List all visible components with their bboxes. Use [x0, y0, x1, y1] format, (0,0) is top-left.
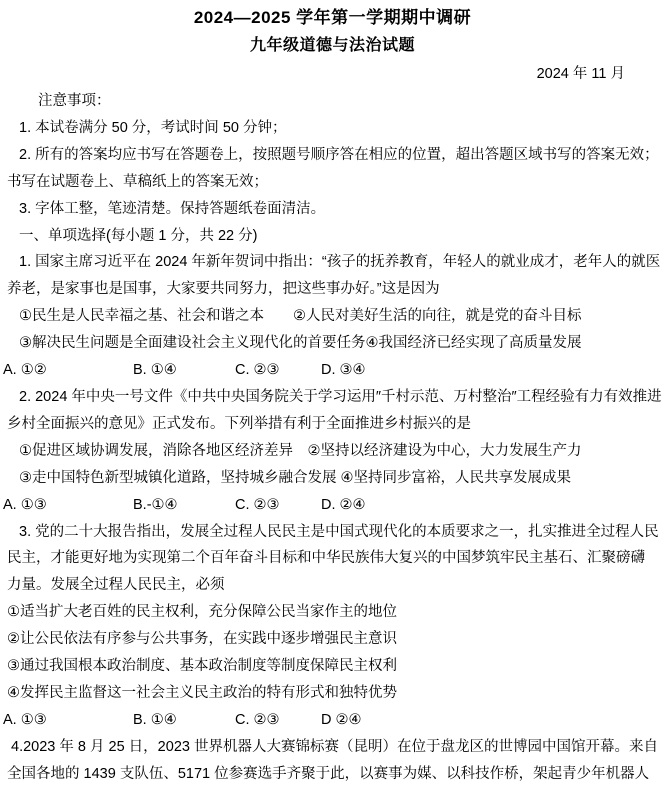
question-4-line: 全国各地的 1439 支队伍、5171 位参赛选手齐聚于此，以赛事为媒、以科技作…	[0, 761, 665, 786]
question-2-line: 乡村全面振兴的意见》正式发布。下列举措有利于全面推进乡村振兴的是	[0, 411, 665, 438]
answer-option: D. ②④	[321, 492, 366, 519]
question-1-line: 1. 国家主席习近平在 2024 年新年贺词中指出：“孩子的抚养教育，年轻人的就…	[0, 249, 665, 276]
answer-option: B. ①④	[133, 357, 235, 384]
question-3-choice: ②让公民依法有序参与公共事务，在实践中逐步增强民主意识	[0, 626, 665, 653]
answer-option: B.-①④	[133, 492, 235, 519]
question-2-line: 2. 2024 年中央一号文件《中共中央国务院关于学习运用″千村示范、万村整治″…	[0, 384, 665, 411]
question-1-options: A. ①②B. ①④C. ②③D. ③④	[0, 357, 665, 384]
answer-option: C. ②③	[235, 492, 321, 519]
answer-option: A. ①③	[3, 492, 133, 519]
answer-option: B. ①④	[133, 707, 235, 734]
notice-item-1: 1. 本试卷满分 50 分，考试时间 50 分钟；	[0, 115, 665, 142]
answer-option: C. ②③	[235, 707, 321, 734]
page-title: 2024—2025 学年第一学期期中调研	[0, 4, 665, 32]
answer-option: A. ①②	[3, 357, 133, 384]
exam-body: 注意事项：1. 本试卷满分 50 分，考试时间 50 分钟；2. 所有的答案均应…	[0, 88, 665, 786]
question-2-choice: ①促进区域协调发展，消除各地区经济差异 ②坚持以经济建设为中心，大力发展生产力	[0, 438, 665, 465]
answer-option: D ②④	[321, 707, 362, 734]
section-heading: 一、单项选择(每小题 1 分，共 22 分)	[0, 223, 665, 250]
question-3-line: 力量。发展全过程人民民主，必须	[0, 572, 665, 599]
notice-item-2-cont: 书写在试题卷上、草稿纸上的答案无效；	[0, 169, 665, 196]
question-3-choice: ③通过我国根本政治制度、基本政治制度等制度保障民主权利	[0, 653, 665, 680]
question-1-choice: ①民生是人民幸福之基、社会和谐之本 ②人民对美好生活的向往，就是党的奋斗目标	[0, 303, 665, 330]
question-1-line: 养老，是家事也是国事，大家要共同努力，把这些事办好。”这是因为	[0, 276, 665, 303]
question-3-line: 3. 党的二十大报告指出，发展全过程人民民主是中国式现代化的本质要求之一，扎实推…	[0, 519, 665, 546]
notice-item-2: 2. 所有的答案均应书写在答题卷上，按照题号顺序答在相应的位置，超出答题区域书写…	[0, 142, 665, 169]
notice-heading: 注意事项：	[0, 88, 665, 115]
question-2-choice: ③走中国特色新型城镇化道路，坚持城乡融合发展 ④坚持同步富裕，人民共享发展成果	[0, 465, 665, 492]
question-3-choice: ①适当扩大老百姓的民主权利，充分保障公民当家作主的地位	[0, 599, 665, 626]
page-subtitle: 九年级道德与法治试题	[0, 32, 665, 60]
question-3-line: 民主，才能更好地为实现第二个百年奋斗目标和中华民族伟大复兴的中国梦筑牢民主基石、…	[0, 545, 665, 572]
answer-option: D. ③④	[321, 357, 366, 384]
exam-date: 2024 年 11 月	[0, 60, 665, 88]
question-3-options: A. ①③B. ①④C. ②③D ②④	[0, 707, 665, 734]
question-1-choice: ③解决民生问题是全面建设社会主义现代化的首要任务④我国经济已经实现了高质量发展	[0, 330, 665, 357]
notice-item-3: 3. 字体工整，笔迹清楚。保持答题纸卷面清洁。	[0, 196, 665, 223]
exam-paper: 2024—2025 学年第一学期期中调研 九年级道德与法治试题 2024 年 1…	[0, 0, 665, 786]
answer-option: C. ②③	[235, 357, 321, 384]
question-4-line: 4.2023 年 8 月 25 日，2023 世界机器人大赛锦标赛（昆明）在位于…	[0, 734, 665, 761]
question-2-options: A. ①③B.-①④C. ②③D. ②④	[0, 492, 665, 519]
question-3-choice: ④发挥民主监督这一社会主义民主政治的特有形式和独特优势	[0, 680, 665, 707]
answer-option: A. ①③	[3, 707, 133, 734]
